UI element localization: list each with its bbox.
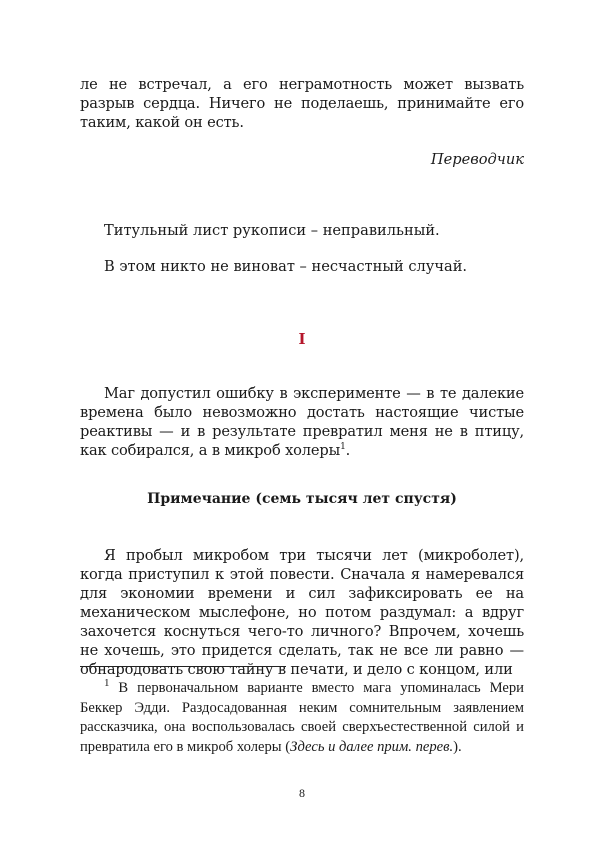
section-subheading: Примечание (семь тысяч лет спустя) (80, 491, 524, 507)
paragraph-2: Я пробыл микробом три тысячи лет (микроб… (80, 546, 524, 679)
chapter-number: I (80, 330, 524, 348)
footnote-end: ). (453, 739, 462, 755)
paragraph-1: Маг допустил ошибку в эксперименте — в т… (80, 384, 524, 460)
paragraph-1-text: Маг допустил ошибку в эксперименте — в т… (80, 385, 524, 459)
epigraph-line-2: В этом никто не виноват – несчастный слу… (80, 258, 524, 275)
continuation-text: ле не встречал, а его неграмотность може… (80, 75, 524, 132)
book-page: ле не встречал, а его неграмотность може… (80, 0, 524, 850)
footnote-italic-note: Здесь и далее прим. перев. (290, 739, 453, 755)
page-number: 8 (80, 786, 524, 801)
continuation-paragraph: ле не встречал, а его неграмотность може… (80, 75, 524, 132)
translator-signature: Переводчик (80, 151, 524, 168)
footnote: 1 В первоначальном варианте вместо мага … (80, 679, 524, 757)
footnote-separator (80, 666, 286, 667)
epigraph-line-1: Титульный лист рукописи – неправильный. (80, 222, 524, 239)
paragraph-1-end: . (346, 442, 351, 459)
paragraph-2-text: Я пробыл микробом три тысячи лет (микроб… (80, 546, 524, 679)
footnote-mark: 1 (104, 677, 110, 689)
